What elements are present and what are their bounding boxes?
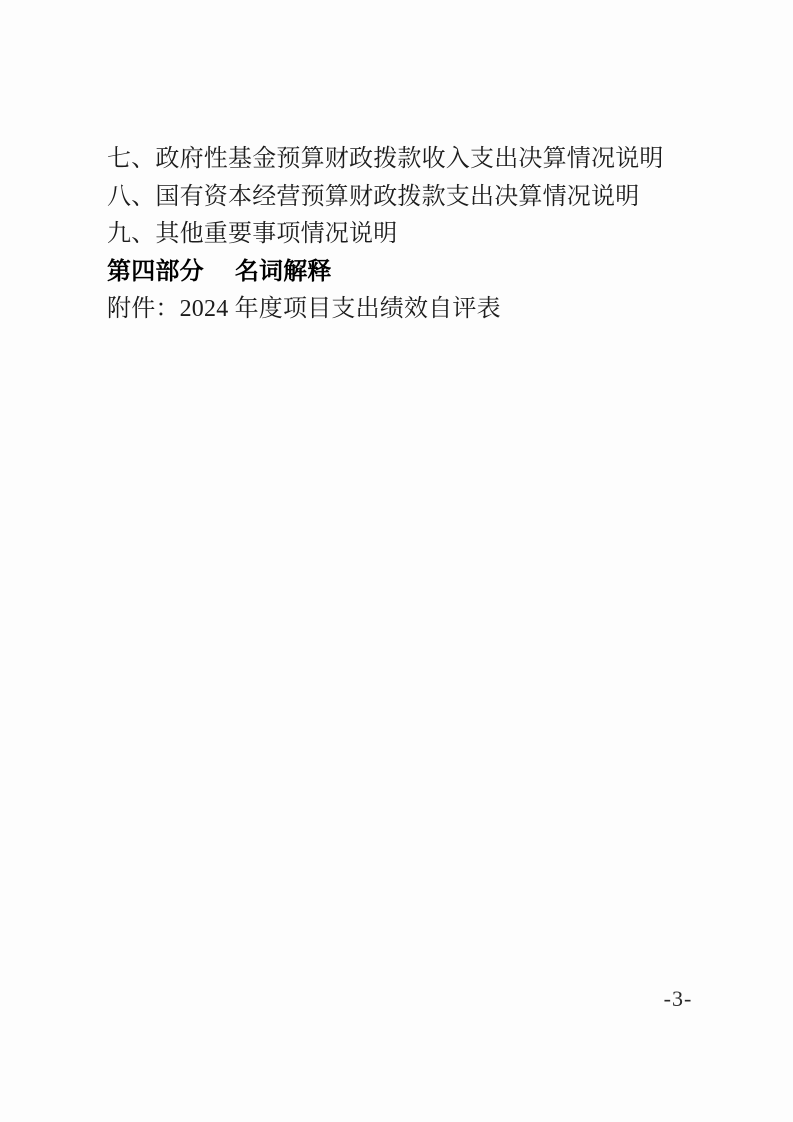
- document-body: 七、政府性基金预算财政拨款收入支出决算情况说明 八、国有资本经营预算财政拨款支出…: [107, 141, 687, 329]
- toc-item-8: 八、国有资本经营预算财政拨款支出决算情况说明: [107, 179, 687, 217]
- section-heading: 第四部分名词解释: [107, 254, 687, 292]
- document-page: 七、政府性基金预算财政拨款收入支出决算情况说明 八、国有资本经营预算财政拨款支出…: [0, 0, 793, 1122]
- attachment-note: 附件：2024 年度项目支出绩效自评表: [107, 291, 687, 329]
- page-number: -3-: [647, 986, 709, 1012]
- toc-item-9: 九、其他重要事项情况说明: [107, 216, 687, 254]
- section-heading-label: 第四部分: [107, 259, 204, 285]
- toc-item-7: 七、政府性基金预算财政拨款收入支出决算情况说明: [107, 141, 687, 179]
- section-heading-title: 名词解释: [235, 259, 332, 285]
